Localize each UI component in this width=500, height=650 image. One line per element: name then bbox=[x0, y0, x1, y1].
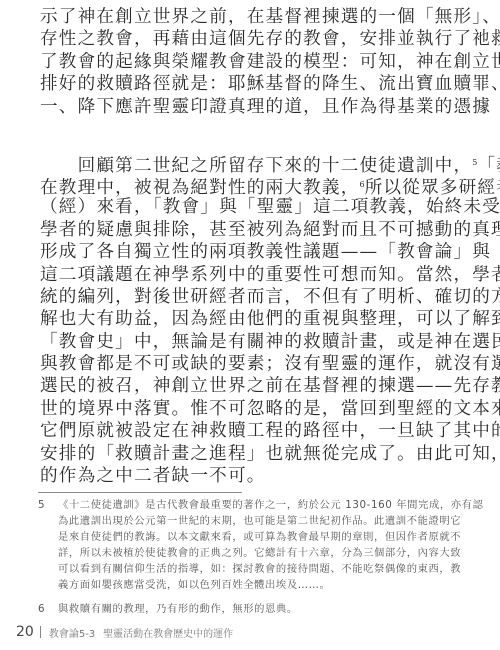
text-line: 的作為之中二者缺一不可。 bbox=[40, 465, 480, 487]
text-line: 了教會的起緣與榮耀教會建設的模型：可知，神在創立世界之前，已經安 bbox=[40, 51, 480, 73]
footnote-line: 可以看到有關信仰生活的指導，如：探討教會的接待問題、不能吃祭偶像的東西，教 bbox=[38, 561, 480, 577]
text-line: 解也大有助益，因為經由他們的重視與整理，可以了解到在漫長的六千年 bbox=[40, 308, 480, 330]
footnote-line: 《十二使徒遺訓》是古代教會最重要的著作之一，約於公元 130-160 年間完成，… bbox=[38, 497, 480, 513]
text-line: 排好的救贖路徑就是：耶穌基督的降生、流出寶血贖罪、天上地下的歸於 bbox=[40, 73, 480, 95]
text-line: 統的編列，對後世研經者而言，不但有了明析、確切的方向，對教理的了 bbox=[40, 286, 480, 308]
text-line: 存性之教會，再藉由這個先存的教會，安排並執行了祂救贖的計畫，展現 bbox=[40, 28, 480, 50]
text-line: 世的境界中落實。惟不可忽略的是，當回到聖經的文本來看這二項議題時， bbox=[40, 398, 480, 420]
footnote-5: 5 《十二使徒遺訓》是古代教會最重要的著作之一，約於公元 130-160 年間完… bbox=[38, 497, 480, 593]
footnote-number: 5 bbox=[38, 497, 52, 513]
footnote-line: 與救贖有關的教理，乃有形的動作，無形的恩典。 bbox=[38, 601, 480, 617]
text-line: 它們原就被設定在神救贖工程的路徑中，一旦缺了其中的任何一項，神所 bbox=[40, 420, 480, 442]
text-line: 這二項議題在神學系列中的重要性可想而知。當然，學者專家做了如此系 bbox=[40, 264, 480, 286]
text-line: 與教會都是不可或缺的要素；沒有聖靈的運作，就沒有選民的被召，沒有 bbox=[40, 353, 480, 375]
footnote-line: 詳，所以未被植於使徒教會的正典之列。它總計有十六章，分為三個部分，內容大致 bbox=[38, 545, 480, 561]
footnote-divider bbox=[38, 492, 242, 493]
footer-divider bbox=[40, 626, 41, 638]
text-line: 學者的疑慮與排除，甚至被列為絕對而且不可撼動的真理。此後，漸次的 bbox=[40, 219, 480, 241]
section-label: 教會論5-3 bbox=[49, 625, 95, 640]
paragraph-1: 示了神在創立世界之前，在基督裡揀選的一個「無形」、「不可視」的先 存性之教會，再… bbox=[40, 6, 480, 118]
body-text: 示了神在創立世界之前，在基督裡揀選的一個「無形」、「不可視」的先 存性之教會，再… bbox=[40, 6, 480, 487]
text-line: 選民的被召，神創立世界之前在基督裡的揀選——先存教會，就不得在屬 bbox=[40, 375, 480, 397]
footnote-line: 為此遺訓出現於公元第一世紀的末期，也可能是第二世紀初作品。此遺訓不能證明它 bbox=[38, 513, 480, 529]
footnote-line: 義方面如嬰孩應當受洗，如以色列百姓全體出埃及……。 bbox=[38, 577, 480, 593]
paragraph-2: 回顧第二世紀之所留存下來的十二使徒遺訓中，5「教會」與「聖靈」 在教理中，被視為… bbox=[40, 152, 480, 488]
text-line: 安排的「救贖計畫之進程」也就無從完成了。由此可知，聖靈與教會在神 bbox=[40, 443, 480, 465]
text-line: 在教理中，被視為絕對性的兩大教義，6所以從眾多研經者所訂定的信條 bbox=[40, 174, 480, 196]
text-line: 形成了各自獨立性的兩項教義性議題——「教會論」與「聖靈論」。因此， bbox=[40, 241, 480, 263]
text-line: 一、降下應許聖靈印證真理的道，且作為得基業的憑據（弗一 3-14）。 bbox=[40, 96, 480, 118]
chapter-title: 聖靈活動在教會歷史中的運作 bbox=[103, 625, 233, 640]
footnotes: 5 《十二使徒遺訓》是古代教會最重要的著作之一，約於公元 130-160 年間完… bbox=[38, 497, 480, 617]
footnote-line: 是來自使徒們的教誨。以本文獻來看，或可算為教會最早期的章則，但因作者原就不 bbox=[38, 529, 480, 545]
text-line: （經）來看，「教會」與「聖靈」這二項教義，始終未受到任何一位聖經 bbox=[40, 196, 480, 218]
footnote-number: 6 bbox=[38, 601, 52, 617]
text-line: 「教會史」中，無論是有關神的救贖計畫，或是神在選民中的運作，聖靈 bbox=[40, 331, 480, 353]
text-line: 示了神在創立世界之前，在基督裡揀選的一個「無形」、「不可視」的先 bbox=[40, 6, 480, 28]
page-number: 20 bbox=[16, 624, 34, 640]
page-footer: 20 教會論5-3 聖靈活動在教會歷史中的運作 bbox=[16, 624, 233, 640]
footnote-6: 6 與救贖有關的教理，乃有形的動作，無形的恩典。 bbox=[38, 601, 480, 617]
text-line: 回顧第二世紀之所留存下來的十二使徒遺訓中，5「教會」與「聖靈」 bbox=[40, 152, 480, 174]
